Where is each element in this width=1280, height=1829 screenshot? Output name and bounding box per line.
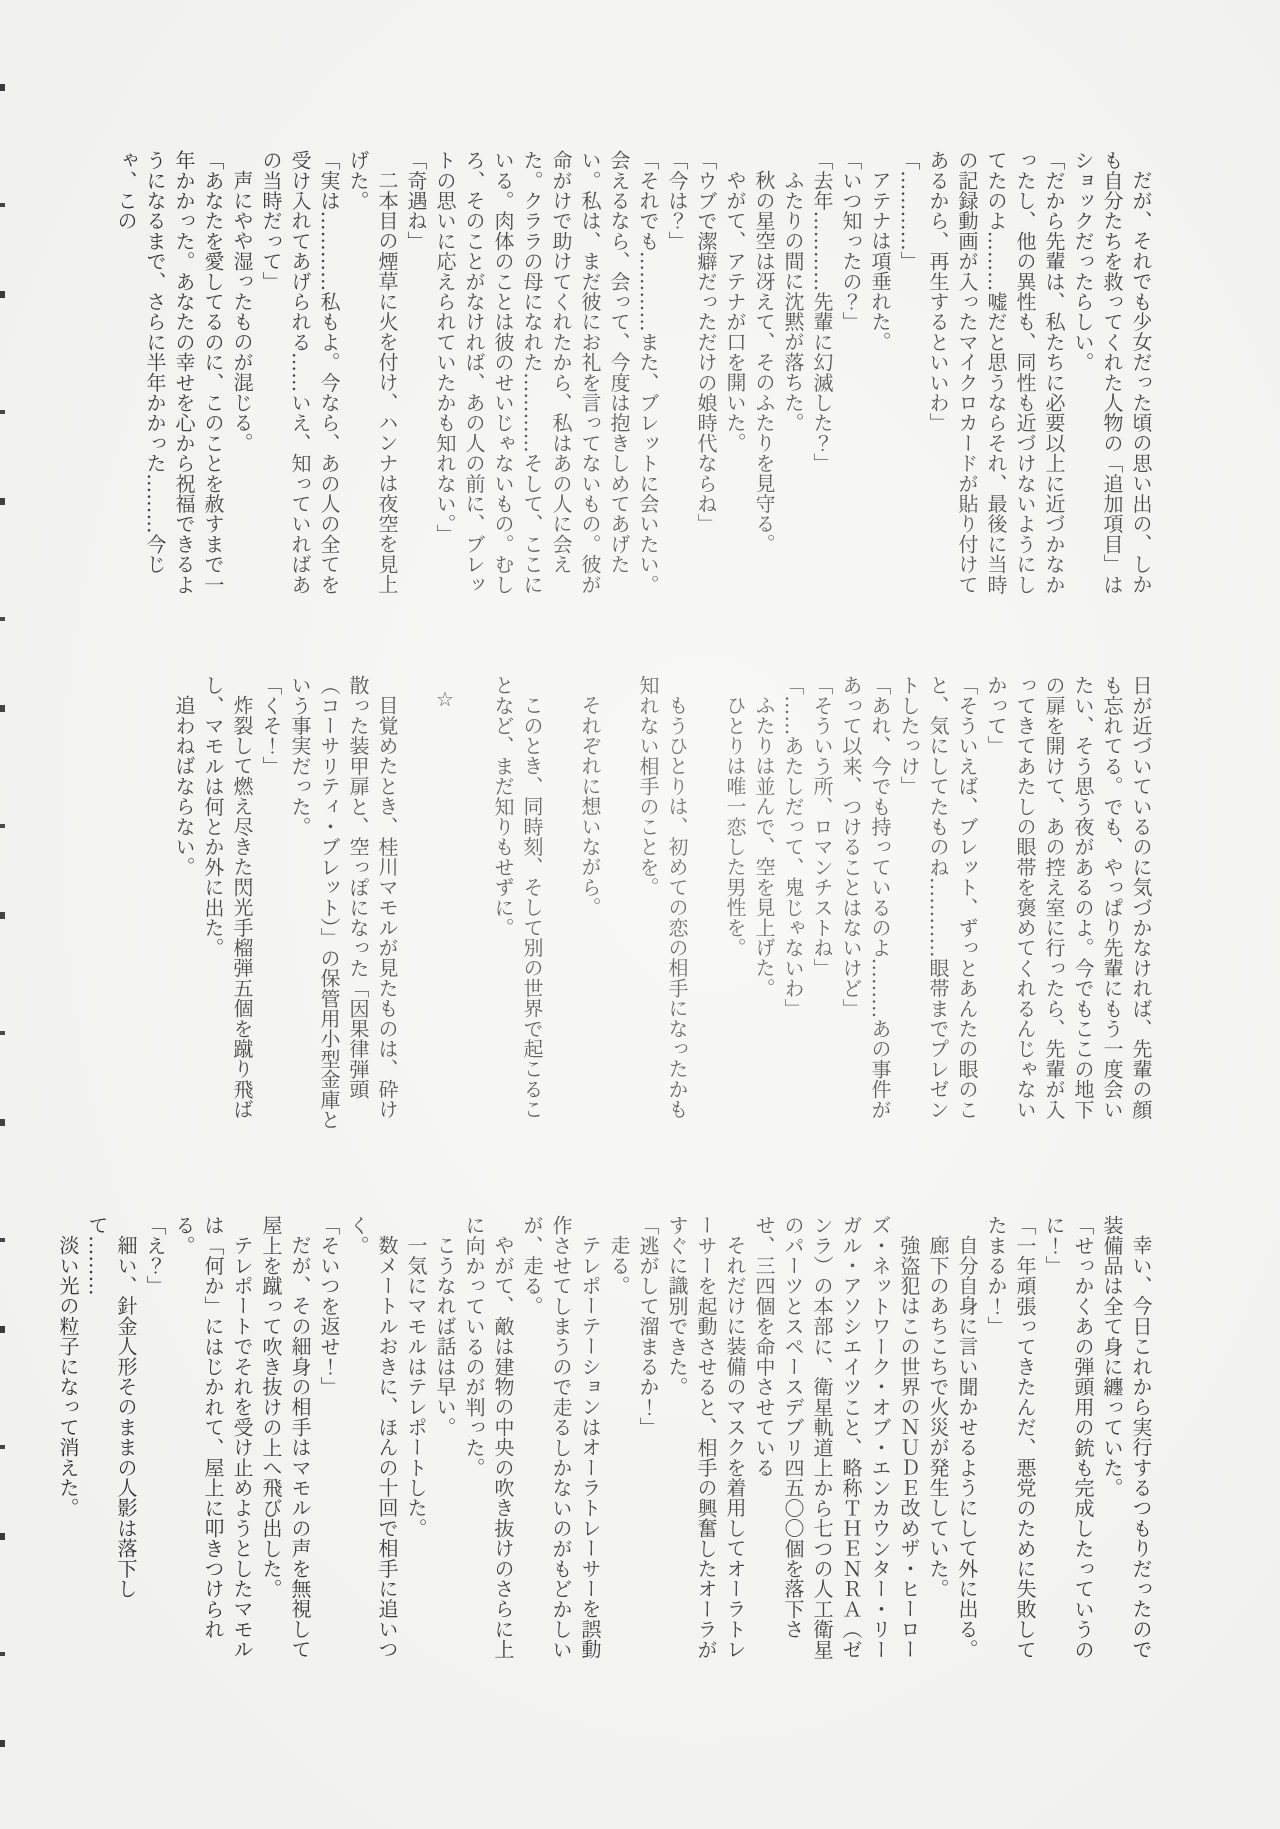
paragraph: それだけに装備のマスクを着用してオーラトレーサーを起動させると、相手の興奮したオ… [662,1215,749,1675]
paragraph: 日が近づいているのに気づかなければ、先輩の顔も忘れてる。でも、やっぱり先輩にもう… [981,675,1155,1137]
paragraph: 「一年頑張ってきたんだ、悪党のために失敗してたまるか！」 [981,1215,1039,1675]
paragraph: 細い、針金人形そのままの人影は落下して……… [82,1215,140,1675]
paragraph: 「そういう所、ロマンチストね」 [807,675,836,1137]
paragraph: 自分自身に言い聞かせるようにして外に出る。 [952,1215,981,1675]
paragraph: 「今は？」 [662,150,691,614]
paragraph: 「え？」 [140,1215,169,1675]
paragraph: 「奇遇ね」 [401,150,430,614]
paragraph: 「去年…………先輩に幻滅した？」 [807,150,836,614]
paragraph: 「あなたを愛してるのに、このことを赦すまで一年かかった。あなたの幸せを心から祝福… [111,150,227,614]
paragraph: 「実は…………私もよ。今なら、あの人の全てを受け入れてあげられる……いえ、知って… [256,150,343,614]
paragraph: 「…………」 [894,150,923,614]
paragraph: それぞれに想いながら。 [575,675,604,1137]
paragraph: 二本目の煙草に火を付け、ハンナは夜空を見上げた。 [343,150,401,614]
paragraph: こうなれば話は早い。 [430,1215,459,1675]
paragraph: だが、その細身の相手はマモルの声を無視して屋上を蹴って吹き抜けの上へ飛び出した。 [256,1215,314,1675]
paragraph: テレポーテーションはオーラトレーサーを誤動作させてしまうので走るしかないのがもど… [517,1215,604,1675]
paragraph: 廊下のあちこちで火災が発生していた。 [923,1215,952,1675]
paragraph: 「そいつを返せ！」 [314,1215,343,1675]
paragraph: ふたりの間に沈黙が落ちた。 [778,150,807,614]
paragraph: 淡い光の粒子になって消えた。 [53,1215,82,1675]
paragraph: 「だから先輩は、私たちに必要以上に近づかなかったし、他の異性も、同性も近づけない… [923,150,1068,614]
text-block-middle: 日が近づいているのに気づかなければ、先輩の顔も忘れてる。でも、やっぱり先輩にもう… [120,675,1155,1137]
text-block-top: だが、それでも少女だった頃の思い出の、しかも自分たちを救ってくれた人物の「追加項… [120,150,1155,614]
paragraph: 秋の星空は冴えて、そのふたりを見守る。 [749,150,778,614]
paragraph: 「そういえば、ブレット、ずっとあんたの眼のこと、気にしてたものね…………眼帯まで… [894,675,981,1137]
paragraph: 「ウブで潔癖だっただけの娘時代ならね」 [691,150,720,614]
paragraph: 「くそ！」 [256,675,285,1137]
paragraph: 「いつ知ったの？」 [836,150,865,614]
blank-line [459,675,488,1137]
blank-line [546,675,575,1137]
paragraph: 「……あたしだって、鬼じゃないわ」 [778,675,807,1137]
paragraph: 一気にマモルはテレポートした。 [401,1215,430,1675]
paragraph: 目覚めたとき、桂川マモルが見たものは、砕け散った装甲扉と、空っぽになった「因果律… [285,675,401,1137]
paragraph: もうひとりは、初めての恋の相手になったかも知れない相手のことを。 [633,675,691,1137]
paragraph: 声にやや湿ったものが混じる。 [227,150,256,614]
paragraph: 「あれ、今でも持っているのよ………あの事件があって以来、つけることはないけど」 [836,675,894,1137]
paragraph: やがて、アテナが口を開いた。 [720,150,749,614]
paragraph: テレポートでそれを受け止めようとしたマモルは「何か」にはじかれて、屋上に叩きつけ… [169,1215,256,1675]
paragraph: ひとりは唯一恋した男性を。 [720,675,749,1137]
paragraph: 「それでも…………また、ブレットに会いたい。会えるなら、会って、今度は抱きしめて… [430,150,662,614]
text-block-bottom: 幸い、今日これから実行するつもりだったので装備品は全て身に纏っていた。「せっかく… [120,1215,1155,1675]
paragraph: ふたりは並んで、空を見上げた。 [749,675,778,1137]
paragraph: 走る。 [604,1215,633,1675]
paragraph: 追わねばならない。 [169,675,198,1137]
paragraph: 「せっかくあの弾頭用の銃も完成したっていうのに！」 [1039,1215,1097,1675]
paragraph: やがて、敵は建物の中央の吹き抜けのさらに上に向かっているのが判った。 [459,1215,517,1675]
paragraph: 「逃がして溜まるか！」 [633,1215,662,1675]
scan-binding-artifacts [0,0,5,1829]
paragraph: 強盗犯はこの世界のＮＵＤＥ改めザ・ヒーローズ・ネットワーク・オブ・エンカウンター… [749,1215,923,1675]
blank-line [604,675,633,1137]
paragraph: アテナは項垂れた。 [865,150,894,614]
paragraph: だが、それでも少女だった頃の思い出の、しかも自分たちを救ってくれた人物の「追加項… [1068,150,1155,614]
section-divider-star: ☆ [430,675,459,1137]
paragraph: 数メートルおきに、ほんの十回で相手に追いつく。 [343,1215,401,1675]
paragraph: 幸い、今日これから実行するつもりだったので装備品は全て身に纏っていた。 [1097,1215,1155,1675]
scanned-novel-page: だが、それでも少女だった頃の思い出の、しかも自分たちを救ってくれた人物の「追加項… [0,0,1280,1829]
paragraph: 炸裂して燃え尽きた閃光手榴弾五個を蹴り飛ばし、マモルは何とか外に出た。 [198,675,256,1137]
blank-line [401,675,430,1137]
paragraph: このとき、同時刻、そして別の世界で起こることなど、まだ知りもせずに。 [488,675,546,1137]
blank-line [691,675,720,1137]
